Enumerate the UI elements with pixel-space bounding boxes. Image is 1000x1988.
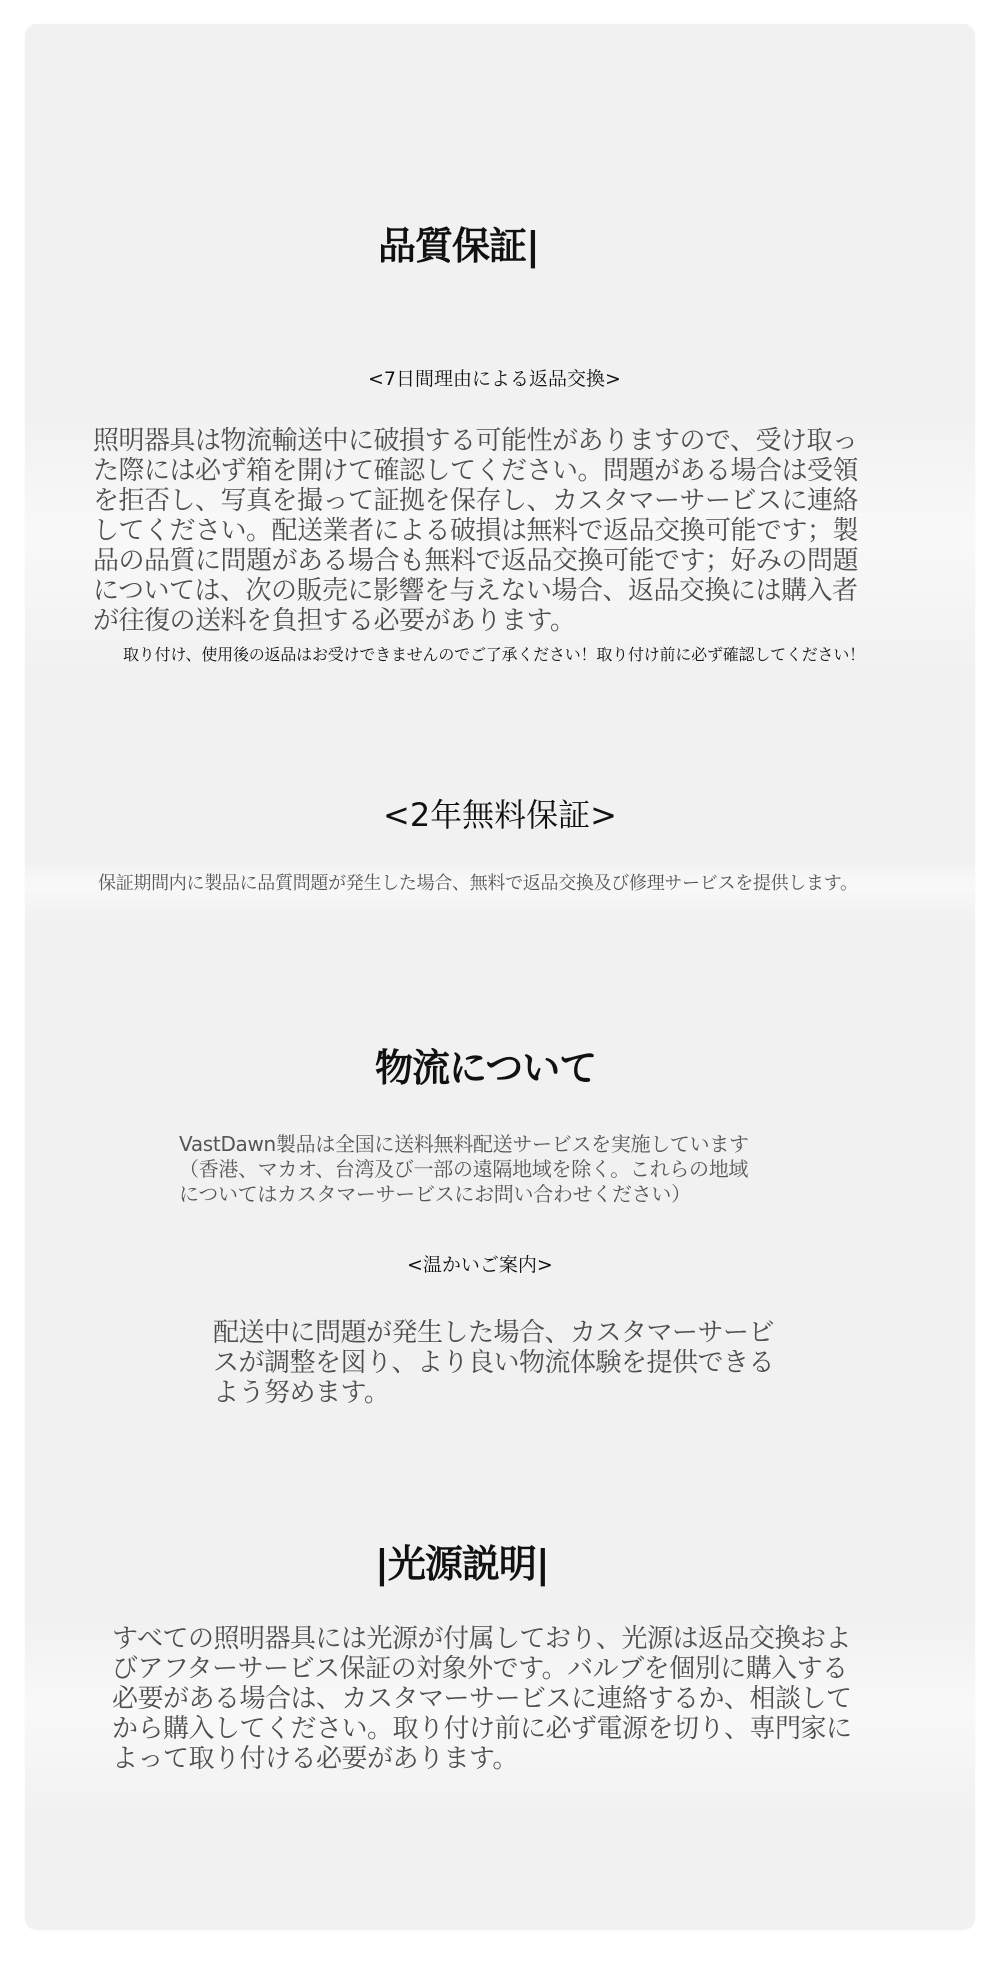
warm-notice-line: スが調整を図り、より良い物流体験を提供できる [213,1348,774,1378]
return-policy-note: 取り付け、使用後の返品はお受けできませんのでご了承ください！取り付け前に必ず確認… [123,644,865,666]
return-policy-line: を拒否し、写真を撮って証拠を保存し、カスタマーサービスに連絡 [93,486,858,516]
quality-guarantee-title: 品質保証| [378,224,539,268]
warm-notice-line: よう努めます。 [213,1378,389,1408]
return-policy-line: については、次の販売に影響を与えない場合、返品交換には購入者 [93,576,857,606]
warm-notice-line: 配送中に問題が発生した場合、カスタマーサービ [213,1318,774,1348]
logistics-line: （香港、マカオ、台湾及び一部の遠隔地域を除く。これらの地域 [179,1157,748,1182]
light-source-line: から購入してください。取り付け前に必ず電源を切り、専門家に [112,1714,852,1744]
light-source-line: びアフターサービス保証の対象外です。バルブを個別に購入する [112,1654,848,1684]
logistics-title: 物流について [375,1046,596,1090]
return-policy-subheading: <7日間理由による返品交換> [368,367,621,391]
return-policy-line: 品の品質に問題がある場合も無料で返品交換可能です；好みの問題 [93,546,858,576]
light-source-title: |光源説明| [375,1542,549,1586]
warm-notice-subheading: <温かいご案内> [407,1253,553,1277]
light-source-line: すべての照明器具には光源が付属しており、光源は返品交換およ [112,1624,851,1654]
logistics-line: VastDawn製品は全国に送料無料配送サービスを実施しています [179,1132,749,1157]
return-policy-line: た際には必ず箱を開けて確認してください。問題がある場合は受領 [93,456,858,486]
return-policy-line: が往復の送料を負担する必要があります。 [93,606,575,636]
warranty-body: 保証期間内に製品に品質問題が発生した場合、無料で返品交換及び修理サービスを提供し… [98,872,858,896]
warranty-subheading: <2年無料保証> [383,796,617,834]
logistics-line: についてはカスタマーサービスにお問い合わせください） [179,1182,691,1207]
info-card: 品質保証| <7日間理由による返品交換> 照明器具は物流輸送中に破損する可能性が… [25,24,975,1930]
return-policy-line: してください。配送業者による破損は無料で返品交換可能です；製 [93,516,858,546]
return-policy-line: 照明器具は物流輸送中に破損する可能性がありますので、受け取っ [93,426,857,456]
light-source-line: 必要がある場合は、カスタマーサービスに連絡するか、相談して [112,1684,852,1714]
light-source-line: よって取り付ける必要があります。 [112,1744,518,1774]
